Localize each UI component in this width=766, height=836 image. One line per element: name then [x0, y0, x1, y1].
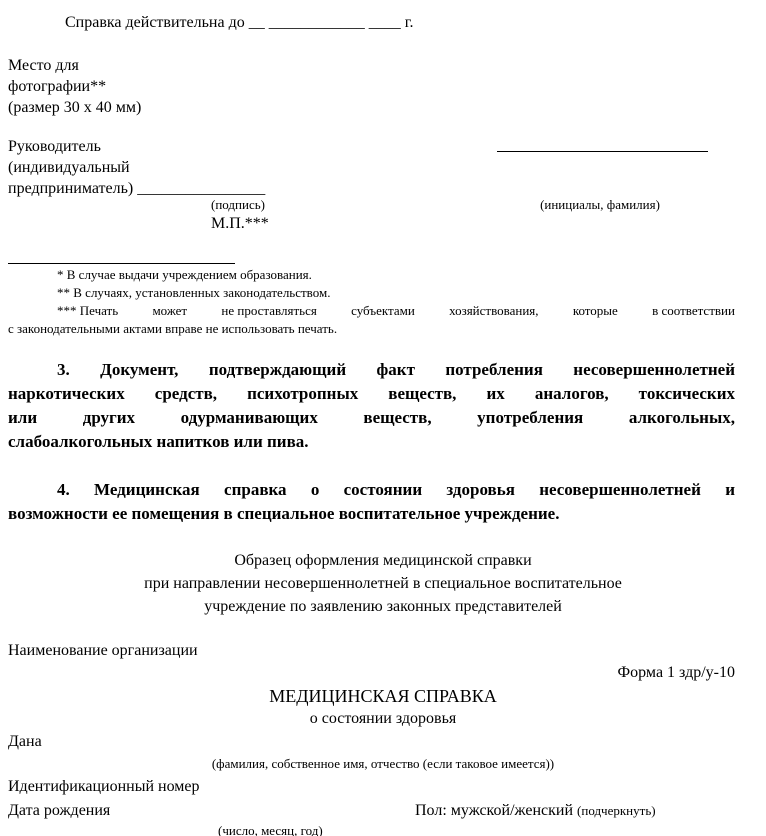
section-4-line: возможности ее помещения в специальное в… — [8, 502, 735, 526]
signatory-line-1: Руководитель — [8, 136, 735, 157]
birth-date-caption: (число, месяц, год) — [218, 822, 735, 836]
sex-underline-note: (подчеркнуть) — [577, 803, 656, 818]
signatory-title: Руководитель (индивидуальный предпринима… — [8, 136, 735, 199]
birth-date-label: Дата рождения — [8, 802, 110, 819]
section-3-line: наркотических средств, психотропных веще… — [8, 382, 735, 406]
full-name-caption: (фамилия, собственное имя, отчество (есл… — [8, 755, 758, 773]
photo-placeholder: Место для фотографии** (размер 30 х 40 м… — [8, 55, 735, 118]
certificate-title: МЕДИЦИНСКАЯ СПРАВКА — [8, 684, 758, 708]
sex-label: Пол: мужской/женский — [415, 802, 573, 819]
stamp-label: М.П.*** — [211, 213, 269, 234]
footnotes: * В случае выдачи учреждением образовани… — [8, 266, 735, 338]
footnote-3-word: не проставляться — [221, 302, 316, 320]
footnote-3-word: в соответствии — [652, 302, 735, 320]
footnote-1: * В случае выдачи учреждением образовани… — [8, 266, 735, 284]
section-3-paragraph: 3. Документ, подтверждающий факт потребл… — [8, 358, 735, 454]
organization-name-label: Наименование организации — [8, 640, 735, 661]
footnote-divider — [8, 263, 235, 264]
section-4-paragraph: 4. Медицинская справка о состоянии здоро… — [8, 478, 735, 526]
footnote-3-word: *** Печать — [57, 302, 118, 320]
section-3-line: слабоалкогольных напитков или пива. — [8, 430, 735, 454]
name-signature-line — [497, 151, 708, 152]
valid-until-line: Справка действительна до __ ____________… — [8, 12, 735, 33]
certificate-subtitle: о состоянии здоровья — [8, 708, 758, 729]
photo-line-2: фотографии** — [8, 76, 735, 97]
footnote-3-word: хозяйствования, — [449, 302, 538, 320]
signature-caption: (подпись) — [158, 196, 318, 214]
sample-heading-line: при направлении несовершеннолетней в спе… — [8, 572, 758, 595]
footnote-2: ** В случаях, установленных законодатель… — [8, 284, 735, 302]
form-code: Форма 1 здр/у-10 — [8, 662, 735, 683]
footnote-3-word: может — [152, 302, 187, 320]
footnote-3-word: которые — [573, 302, 618, 320]
footnote-3-line-2: с законодательными актами вправе не испо… — [8, 320, 735, 338]
footnote-3-line-1: *** Печать может не проставляться субъек… — [8, 302, 735, 320]
given-to-label: Дана — [8, 731, 735, 752]
sample-heading-line: Образец оформления медицинской справки — [8, 549, 758, 572]
signature-block: Руководитель (индивидуальный предпринима… — [8, 136, 735, 232]
sample-heading: Образец оформления медицинской справки п… — [8, 549, 758, 618]
section-3-line: 3. Документ, подтверждающий факт потребл… — [8, 358, 735, 382]
photo-line-3: (размер 30 х 40 мм) — [8, 97, 735, 118]
photo-line-1: Место для — [8, 55, 735, 76]
signatory-line-2: (индивидуальный — [8, 157, 735, 178]
sample-heading-line: учреждение по заявлению законных предста… — [8, 595, 758, 618]
sex-field: Пол: мужской/женский (подчеркнуть) — [415, 800, 656, 821]
document-page: Справка действительна до __ ____________… — [0, 0, 766, 836]
section-3-line: или других одурманивающих веществ, употр… — [8, 406, 735, 430]
initials-caption: (инициалы, фамилия) — [488, 196, 712, 214]
footnote-3-word: субъектами — [351, 302, 415, 320]
birth-date-row: Дата рождения Пол: мужской/женский (подч… — [8, 800, 735, 821]
section-4-line: 4. Медицинская справка о состоянии здоро… — [8, 478, 735, 502]
identification-number-label: Идентификационный номер — [8, 776, 735, 797]
